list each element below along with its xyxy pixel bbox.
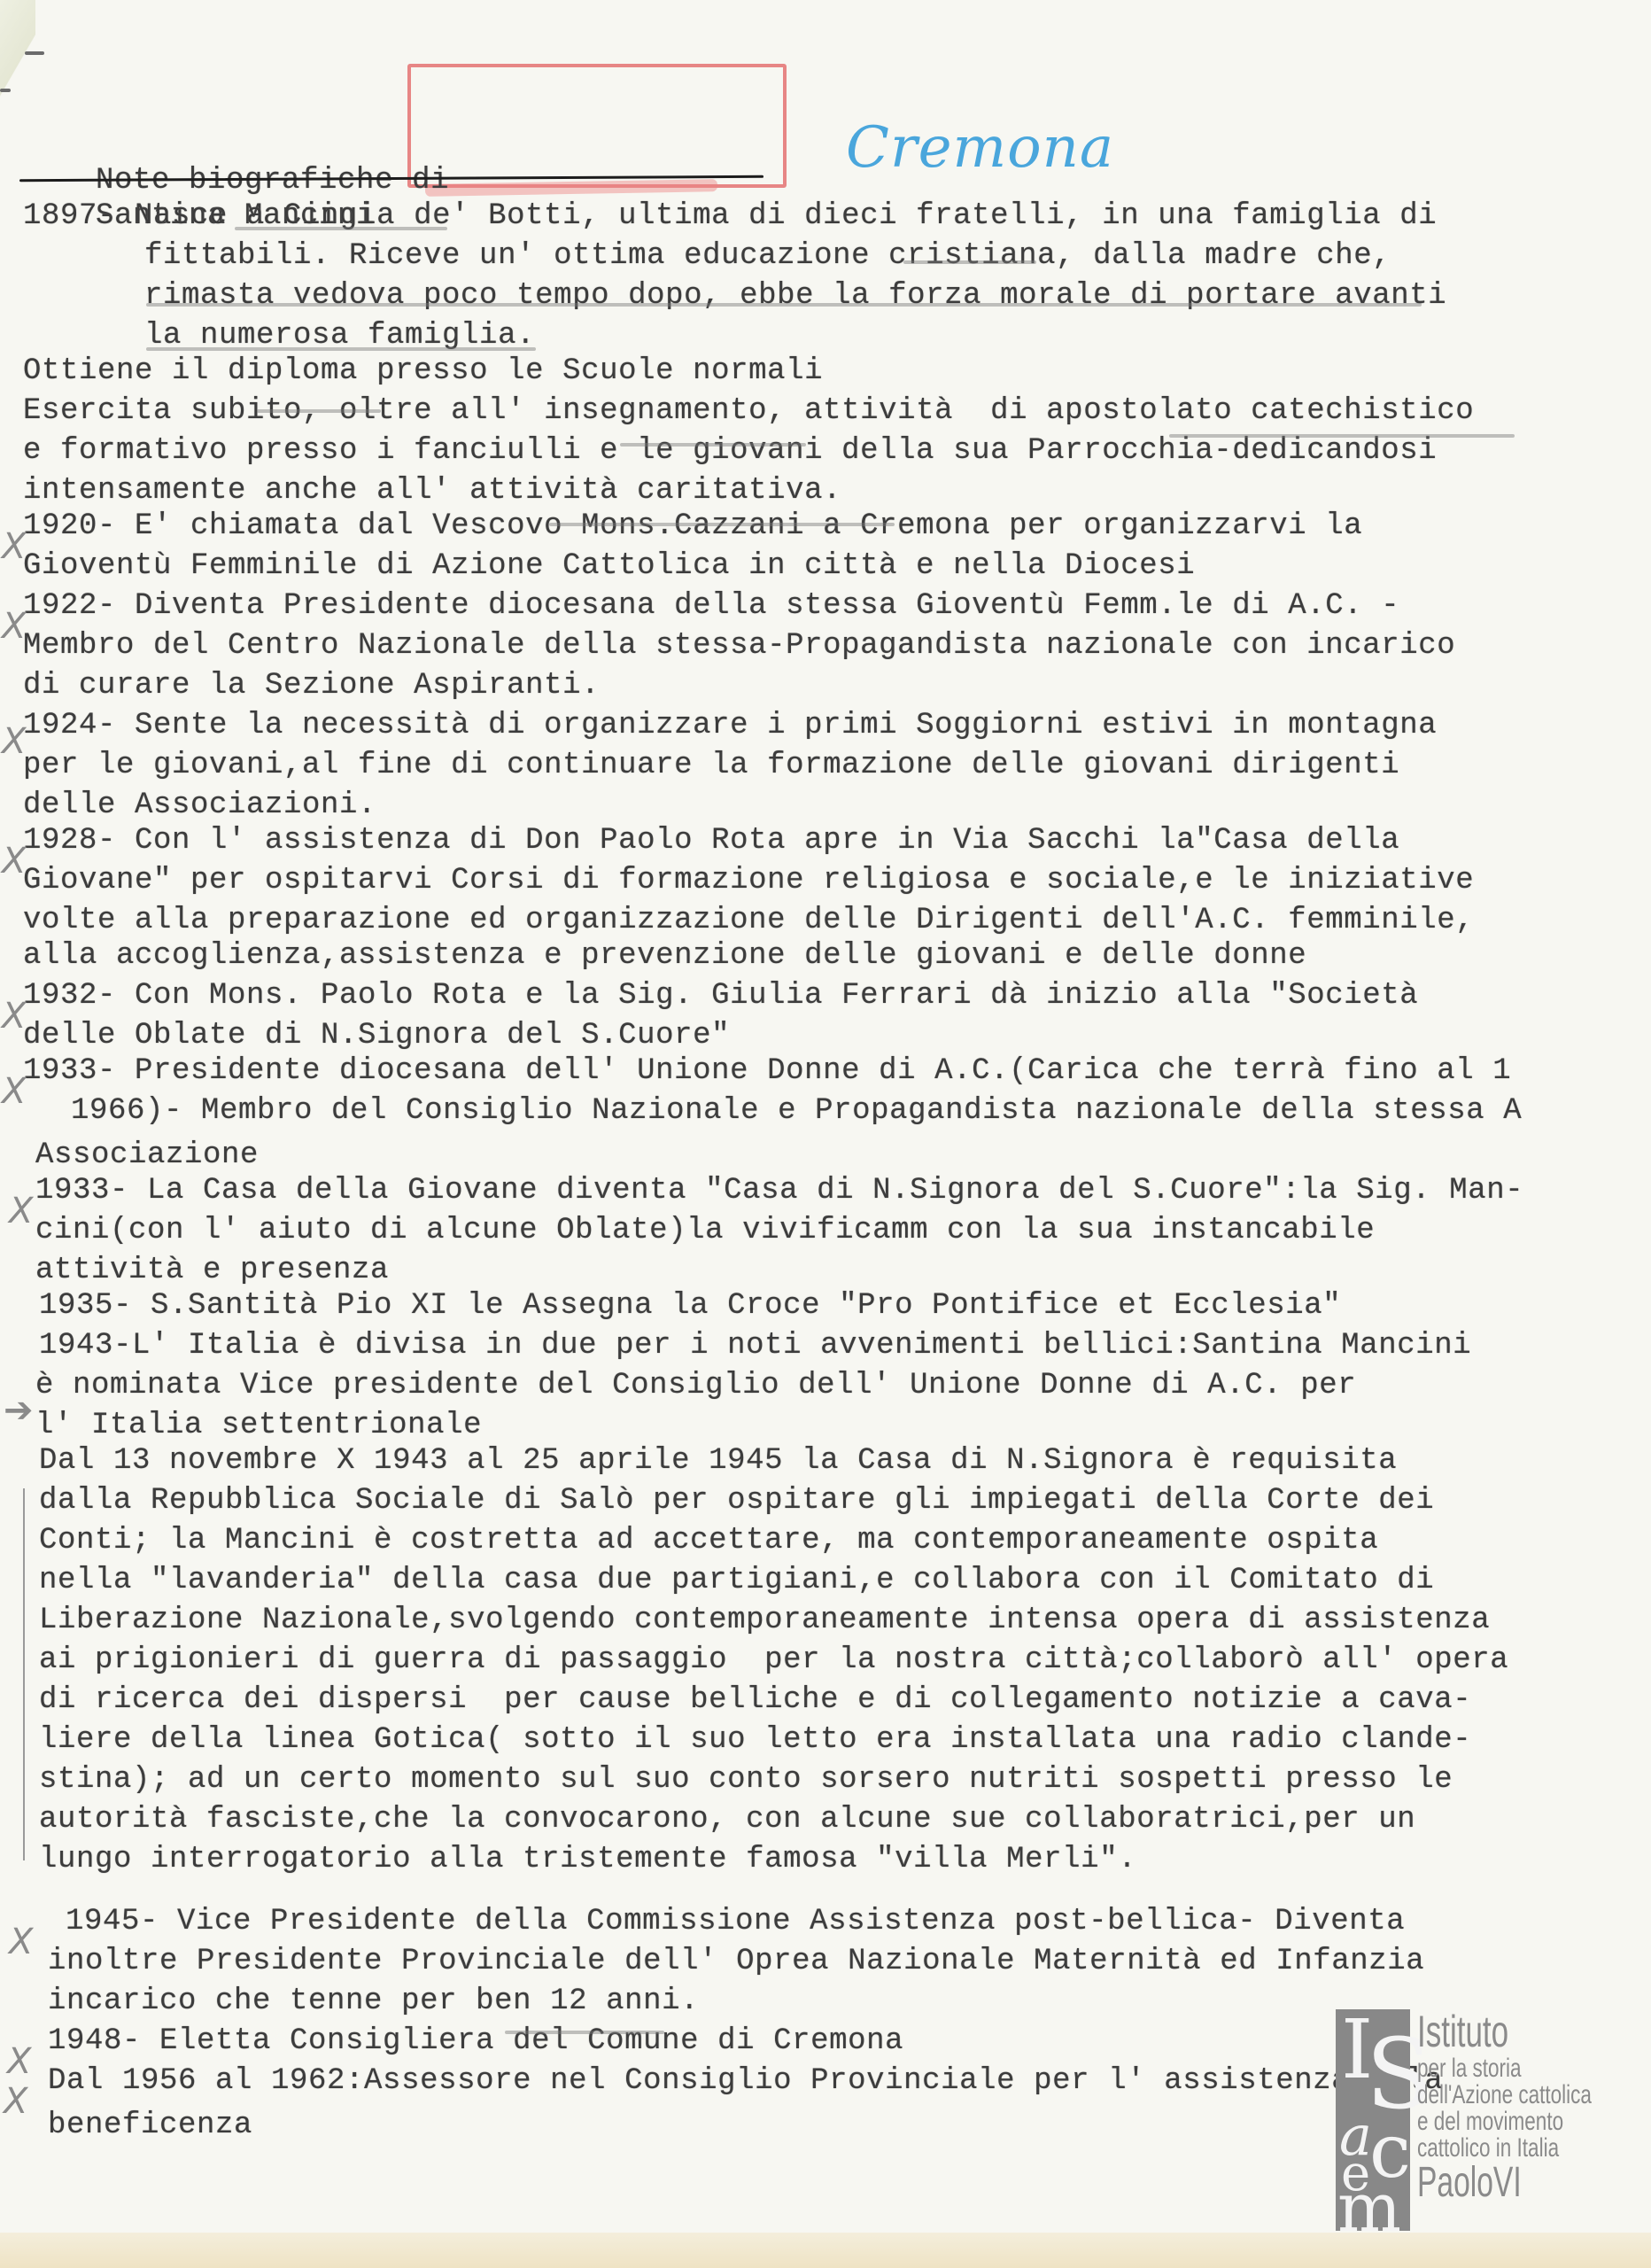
typed-line: 1933- La Casa della Giovane diventa "Cas… [35,1173,1523,1208]
pencil-underline [146,303,1422,307]
typed-line: 1933- Presidente diocesana dell' Unione … [23,1053,1511,1089]
typed-line: incarico che tenne per ben 12 anni. [48,1984,699,2019]
typed-line: è nominata Vice presidente del Consiglio… [35,1368,1356,1403]
pencil-underline [903,260,1036,264]
typed-line: attività e presenza [35,1253,389,1288]
pencil-underline [549,523,895,526]
typed-line: lungo interrogatorio alla tristemente fa… [39,1842,1136,1877]
pencil-underline [257,409,381,413]
typed-line: nella "lavanderia" della casa due partig… [39,1563,1434,1598]
typed-line: dalla Repubblica Sociale di Salò per osp… [39,1483,1434,1518]
typed-line: Ottiene il diploma presso le Scuole norm… [23,353,823,389]
typed-line: Giovane" per ospitarvi Corsi di formazio… [23,863,1474,898]
typed-line: Dal 1956 al 1962:Assessore nel Consiglio… [48,2063,1443,2099]
typed-line: ai prigionieri di guerra di passaggio pe… [39,1643,1508,1678]
pencil-x-mark-icon: X [2,526,26,567]
typed-line: Gioventù Femminile di Azione Cattolica i… [23,548,1195,584]
pencil-x-mark-icon: X [7,2041,31,2082]
typed-line: delle Associazioni. [23,788,376,823]
typed-line: di curare la Sezione Aspiranti. [23,668,600,703]
typed-line: 1928- Con l' assistenza di Don Paolo Rot… [23,823,1399,858]
typed-line: per le giovani,al fine di continuare la … [23,748,1399,783]
typed-line: 1924- Sente la necessità di organizzare … [23,708,1437,743]
typed-line: fittabili. Riceve un' ottima educazione … [144,238,1391,274]
pencil-x-mark-icon: X [2,721,26,762]
typed-line: Membro del Centro Nazionale della stessa… [23,628,1455,664]
typed-line: stina); ad un certo momento sul suo cont… [39,1762,1453,1798]
typed-line: 1920- E' chiamata dal Vescovo Mons.Cazza… [23,509,1362,544]
typed-line: l' Italia settentrionale [35,1408,482,1443]
pencil-x-mark-icon: X [4,2081,27,2122]
typed-line: cini(con l' aiuto di alcune Oblate)la vi… [35,1213,1375,1248]
typed-line: beneficenza [48,2108,252,2143]
typed-line: 1943-L' Italia è divisa in due per i not… [39,1328,1471,1363]
typed-line: intensamente anche all' attività caritat… [23,473,841,509]
typed-line: Liberazione Nazionale,svolgendo contempo… [39,1603,1490,1638]
typed-line: Dal 13 novembre X 1943 al 25 aprile 1945… [39,1443,1397,1479]
typed-line: 1932- Con Mons. Paolo Rota e la Sig. Giu… [23,978,1418,1014]
pencil-underline [505,2031,664,2034]
staple [25,51,44,55]
typed-line: liere della linea Gotica( sotto il suo l… [39,1722,1471,1758]
isacem-logo: I S a c e m Istituto per la storia dell'… [1336,2009,1628,2231]
pencil-arrow-icon: ➔ [4,1390,34,1431]
pencil-x-mark-icon: X [2,996,26,1037]
typed-line: 1948- Eletta Consigliera del Comune di C… [48,2023,903,2059]
pencil-underline [1169,434,1515,438]
typed-line: di ricerca dei dispersi per cause bellic… [39,1682,1471,1718]
typed-line: rimasta vedova poco tempo dopo, ebbe la … [144,278,1446,314]
logo-wordmark: Istituto per la storia dell'Azione catto… [1417,2009,1650,2204]
typed-line: alla accoglienza,assistenza e prevenzion… [23,938,1306,974]
typed-line: delle Oblate di N.Signora del S.Cuore" [23,1018,730,1053]
pencil-x-mark-icon: X [9,1922,33,1962]
typed-line: Esercita subito, oltre all' insegnamento… [23,393,1474,429]
staple [0,89,11,92]
pencil-underline [620,443,806,447]
typed-line: 1945- Vice Presidente della Commissione … [66,1904,1405,1939]
red-pencil-box [407,64,787,188]
pencil-underline [146,347,536,351]
handwritten-annotation: Cremona [846,115,1114,181]
typed-line: Conti; la Mancini è costretta ad accetta… [39,1523,1378,1558]
pencil-underline [235,227,447,230]
margin-pencil-bar [23,1488,25,1860]
typed-line: volte alla preparazione ed organizzazion… [23,903,1474,938]
typed-line: 1935- S.Santità Pio XI le Assegna la Cro… [39,1288,1341,1324]
paper-edge [0,2233,1651,2268]
pencil-x-mark-icon: X [2,841,26,882]
typed-line: autorità fasciste,che la convocarono, co… [39,1802,1415,1837]
typed-line: Associazione [35,1138,259,1173]
pencil-x-mark-icon: X [2,1071,26,1112]
typed-line: inoltre Presidente Provinciale dell' Opr… [48,1944,1424,1979]
typed-line: 1966)- Membro del Consiglio Nazionale e … [71,1093,1522,1129]
typed-line: e formativo presso i fanciulli e le giov… [23,433,1437,469]
paper-fold [0,0,35,97]
pencil-x-mark-icon: X [2,606,26,647]
pencil-x-mark-icon: X [9,1191,33,1231]
logo-monogram: I S a c e m [1336,2009,1410,2231]
typed-line: 1922- Diventa Presidente diocesana della… [23,588,1399,624]
